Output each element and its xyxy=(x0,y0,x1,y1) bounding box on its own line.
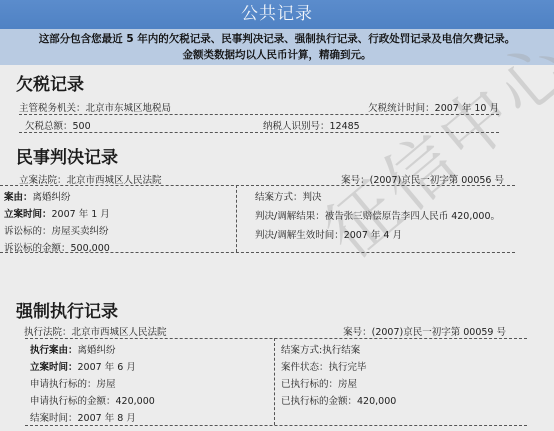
enforcement-case-status: 案件状态：执行完毕 xyxy=(281,359,367,373)
civil-field-cause: 案由：离婚纠纷 xyxy=(4,189,71,203)
civil-field-filed-date: 立案时间：2007 年 1 月 xyxy=(4,206,110,220)
tax-total: 欠税总额：500 xyxy=(25,118,91,132)
divider xyxy=(0,185,515,186)
page-title: 公共记录 xyxy=(0,0,554,29)
enforcement-case-number: 案号：(2007)京民一初字第 00059 号 xyxy=(343,324,506,338)
section-title-enforcement: 强制执行记录 xyxy=(16,297,118,322)
enforcement-field-cause: 执行案由：离婚纠纷 xyxy=(30,342,116,356)
civil-closure-method: 结案方式：判决 xyxy=(255,189,322,203)
tax-authority: 主管税务机关：北京市东城区地税局 xyxy=(19,100,171,114)
divider xyxy=(0,252,515,253)
notice-line-1: 这部分包含您最近 5 年内的欠税记录、民事判决记录、强制执行记录、行政处罚记录及… xyxy=(0,31,554,47)
civil-field-subject: 诉讼标的：房屋买卖纠纷 xyxy=(4,223,109,237)
divider xyxy=(236,185,237,252)
divider xyxy=(25,338,527,339)
enforcement-field-subject: 申请执行标的：房屋 xyxy=(30,376,116,390)
divider xyxy=(19,114,499,115)
divider xyxy=(25,425,527,426)
enforcement-executed-amount: 已执行标的金额：420,000 xyxy=(281,393,396,407)
section-title-civil-judgment: 民事判决记录 xyxy=(16,143,118,168)
enforcement-court: 执行法院：北京市西城区人民法院 xyxy=(24,324,167,338)
civil-court: 立案法院：北京市西城区人民法院 xyxy=(19,172,162,186)
civil-effective-date: 判决/调解生效时间：2007 年 4 月 xyxy=(255,227,402,241)
notice-line-2: 金额类数据均以人民币计算，精确到元。 xyxy=(0,47,554,63)
enforcement-field-filed-date: 立案时间：2007 年 6 月 xyxy=(30,359,136,373)
civil-case-number: 案号：(2007)京民一初字第 00056 号 xyxy=(341,172,504,186)
taxpayer-id: 纳税人识别号：12485 xyxy=(263,118,360,132)
divider xyxy=(19,132,499,133)
civil-judgment-result: 判决/调解结果：被告张三赔偿原告李四人民币 420,000。 xyxy=(255,208,500,222)
tax-stat-time: 欠税统计时间：2007 年 10 月 xyxy=(368,100,499,114)
divider xyxy=(274,338,275,425)
enforcement-executed-subject: 已执行标的：房屋 xyxy=(281,376,357,390)
enforcement-closure-method: 结案方式:执行结案 xyxy=(281,342,360,356)
notice-banner: 这部分包含您最近 5 年内的欠税记录、民事判决记录、强制执行记录、行政处罚记录及… xyxy=(0,29,554,65)
enforcement-field-amount: 申请执行标的金额：420,000 xyxy=(30,393,155,407)
enforcement-field-closed-date: 结案时间：2007 年 8 月 xyxy=(30,410,136,424)
section-title-tax-arrears: 欠税记录 xyxy=(16,70,84,95)
